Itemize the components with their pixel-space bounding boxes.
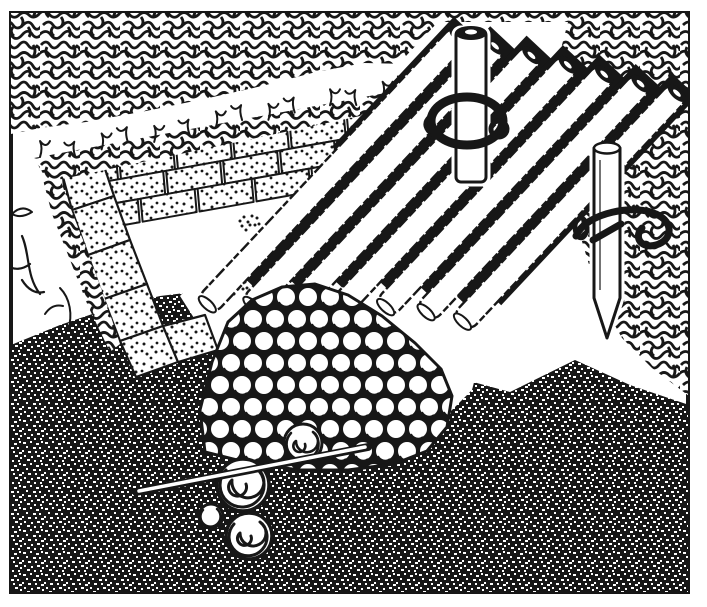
dot (258, 223, 261, 226)
anchor-stake-upper (455, 26, 487, 182)
dot (245, 229, 248, 232)
dot (249, 224, 252, 227)
dot (246, 287, 249, 290)
dot (243, 216, 246, 219)
dot (254, 224, 257, 227)
engraving-illustration (0, 0, 707, 607)
illustration-canvas (0, 0, 707, 607)
dot (241, 225, 244, 228)
dot (239, 220, 242, 223)
dot (247, 221, 250, 224)
dot (242, 288, 245, 291)
dot (256, 217, 259, 220)
dot (251, 215, 254, 218)
